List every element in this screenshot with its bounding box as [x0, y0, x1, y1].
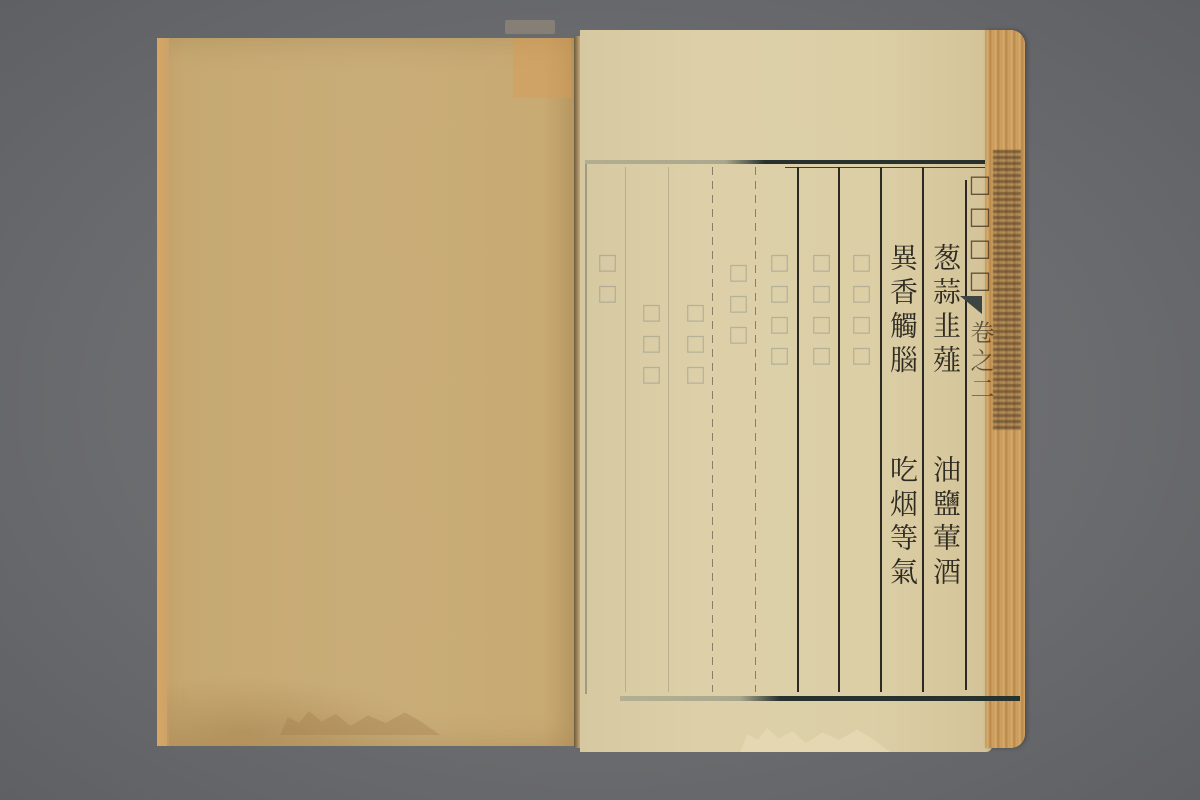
column-rule	[625, 167, 626, 692]
show-through-text: □□	[596, 250, 618, 312]
water-stain	[167, 676, 427, 746]
fore-edge-title: □□□□	[968, 170, 992, 298]
orange-label-patch	[513, 38, 571, 98]
show-through-text: □□□□	[768, 250, 790, 374]
fore-edge-volume: 卷之二	[968, 320, 992, 404]
show-through-text: □□□	[684, 300, 706, 393]
top-tag	[505, 20, 555, 34]
text-column-1-top: 葱蒜韭薤	[931, 243, 959, 379]
print-frame-bottom	[620, 696, 1020, 701]
show-through-text: □□□	[640, 300, 662, 393]
text-column-2-top: 異香觸腦	[888, 243, 916, 379]
show-through-text: □□□	[727, 260, 749, 353]
text-column-1-bottom: 油鹽葷酒	[931, 455, 959, 591]
fore-edge-ink-marks	[993, 150, 1021, 430]
text-column-2-bottom: 吃烟等氣	[888, 455, 916, 591]
column-rule	[668, 167, 669, 692]
left-page-blank	[157, 38, 577, 746]
column-rule	[838, 167, 840, 692]
column-rule	[712, 167, 713, 692]
show-through-text: □□□□	[810, 250, 832, 374]
show-through-text: □□□□	[850, 250, 872, 374]
print-frame-left	[585, 164, 587, 694]
column-rule	[880, 167, 882, 692]
print-frame-top-inner	[785, 167, 985, 168]
column-rule	[755, 167, 756, 692]
print-frame-top	[585, 160, 985, 164]
column-rule	[797, 167, 799, 692]
column-rule	[922, 167, 924, 692]
